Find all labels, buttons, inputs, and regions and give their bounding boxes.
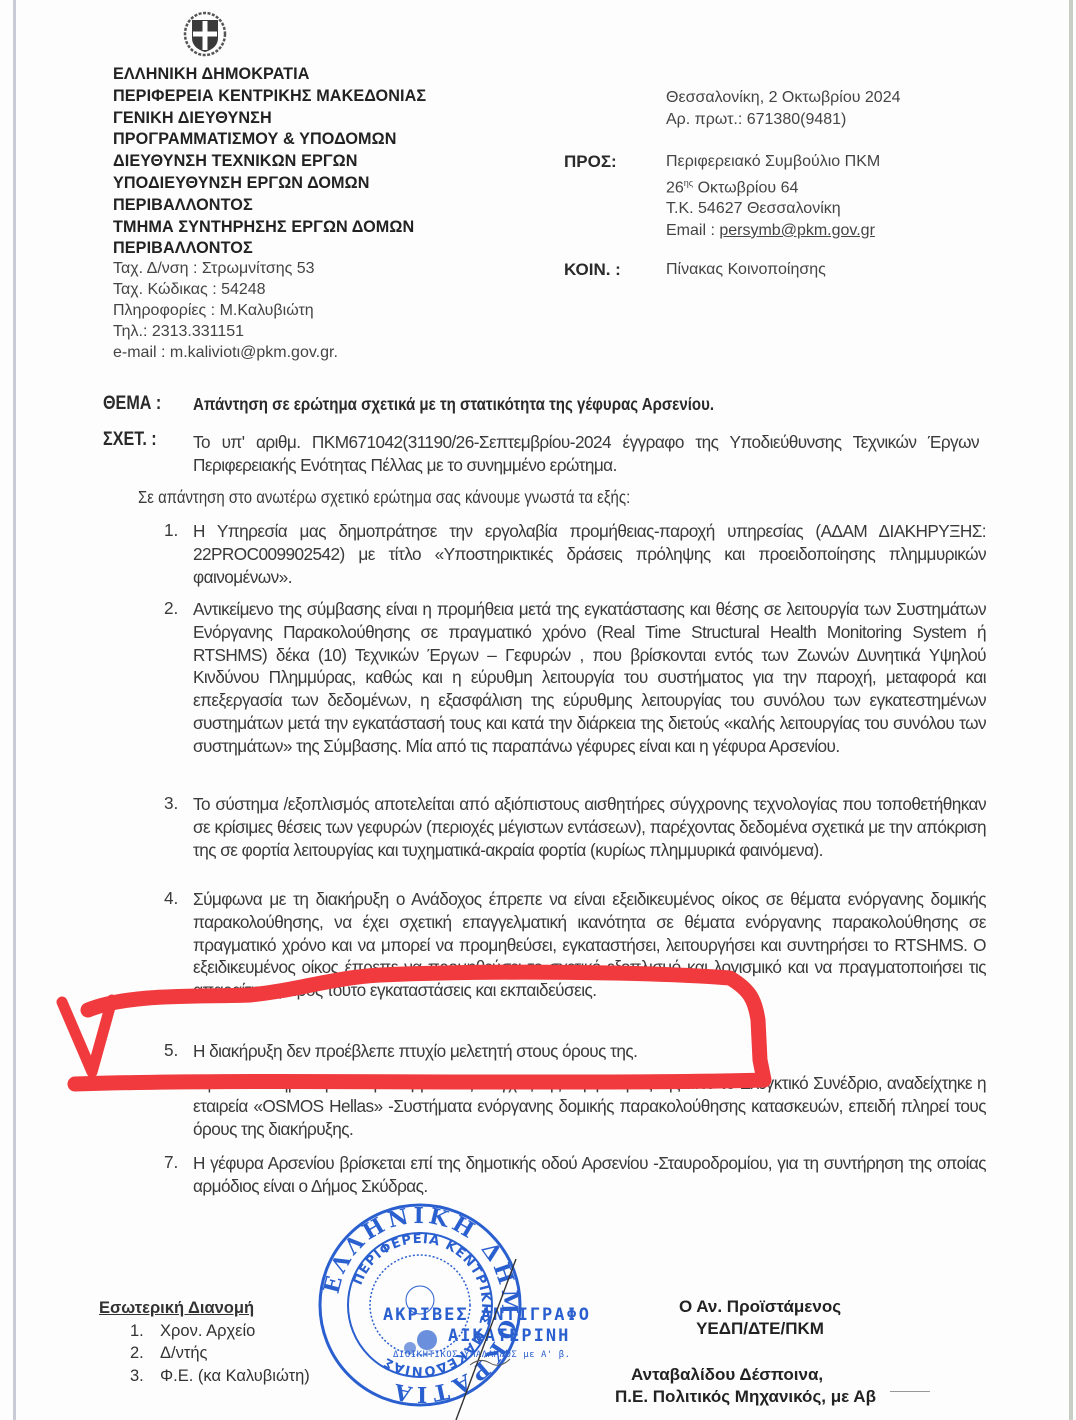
subject-text: Απάντηση σε ερώτημα σχετικά με τη στατικ… <box>193 394 714 415</box>
to-label: ΠΡΟΣ: <box>564 152 617 172</box>
item-number: 3. <box>164 793 178 814</box>
contact-email: e-mail : m.kaliviotι@pkm.gov.gr. <box>113 342 338 363</box>
recipient-street: 26ης Οκτωβρίου 64 <box>666 173 880 199</box>
list-item: Αφού ολοκληρώθηκε ο προσυμβατικός έλεγχο… <box>193 1072 986 1140</box>
cc-label: ΚΟΙΝ. : <box>564 260 621 280</box>
item-number: 6. <box>164 1072 178 1093</box>
issuer-line: ΠΕΡΙΒΑΛΛΟΝΤΟΣ <box>113 238 426 260</box>
internal-distribution: Εσωτερική Διανομή 1.Χρον. Αρχείο 2.Δ/ντή… <box>99 1297 310 1387</box>
signatory-block: Ο Αν. Προϊστάμενος ΥΕΔΠ/ΔΤΕ/ΠΚΜ <box>610 1296 910 1340</box>
contact-block: Ταχ. Δ/νση : Στρωμνίτσης 53 Ταχ. Κώδικας… <box>113 258 338 363</box>
list-item: Η γέφυρα Αρσενίου βρίσκεται επί της δημο… <box>193 1152 986 1198</box>
signatory-name: Ανταβαλίδου Δέσποινα, <box>615 1364 905 1386</box>
issuer-line: ΠΕΡΙΦΕΡΕΙΑ ΚΕΝΤΡΙΚΗΣ ΜΑΚΕΔΟΝΙΑΣ <box>113 86 426 108</box>
contact-phone: Τηλ.: 2313.331151 <box>113 321 338 342</box>
item-number: 4. <box>164 888 178 909</box>
issuer-block: ΕΛΛΗΝΙΚΗ ΔΗΜΟΚΡΑΤΙΑ ΠΕΡΙΦΕΡΕΙΑ ΚΕΝΤΡΙΚΗΣ… <box>113 64 426 260</box>
cc-value: Πίνακας Κοινοποίησης <box>666 261 826 279</box>
issuer-line: ΤΜΗΜΑ ΣΥΝΤΗΡΗΣΗΣ ΕΡΓΩΝ ΔΟΜΩΝ <box>113 217 426 239</box>
signature-stroke <box>450 1255 520 1420</box>
intro-text: Σε απάντηση στο ανωτέρω σχετικό ερώτημα … <box>138 486 630 509</box>
list-item: Το σύστημα /εξοπλισμός αποτελείται από α… <box>193 793 986 861</box>
signatory-role: Ο Αν. Προϊστάμενος <box>610 1296 910 1318</box>
issuer-line: ΕΛΛΗΝΙΚΗ ΔΗΜΟΚΡΑΤΙΑ <box>113 64 426 86</box>
issuer-line: ΥΠΟΔΙΕΥΘΥΝΣΗ ΕΡΓΩΝ ΔΟΜΩΝ <box>113 173 426 195</box>
contact-address: Ταχ. Δ/νση : Στρωμνίτσης 53 <box>113 258 338 279</box>
recipient-city: Τ.Κ. 54627 Θεσσαλονίκη <box>666 198 880 220</box>
item-number: 5. <box>164 1040 178 1061</box>
related-text: Το υπ' αριθμ. ΠΚΜ671042(31190/26-Σεπτεμβ… <box>193 431 979 477</box>
list-item: Σύμφωνα με τη διακήρυξη ο Ανάδοχος έπρεπ… <box>193 888 986 1002</box>
internal-distribution-title: Εσωτερική Διανομή <box>99 1297 310 1320</box>
subject-label: ΘΕΜΑ : <box>103 393 161 415</box>
issuer-line: ΓΕΝΙΚΗ ΔΙΕΥΘΥΝΣΗ <box>113 108 426 130</box>
signatory-title: Π.Ε. Πολιτικός Μηχανικός, με Αβ <box>615 1386 905 1408</box>
distribution-item: 2.Δ/ντής <box>99 1342 310 1365</box>
distribution-item: 1.Χρον. Αρχείο <box>99 1320 310 1343</box>
issuer-line: ΔΙΕΥΘΥΝΣΗ ΤΕΧΝΙΚΩΝ ΕΡΓΩΝ <box>113 151 426 173</box>
issuer-line: ΠΡΟΓΡΑΜΜΑΤΙΣΜΟΥ & ΥΠΟΔΟΜΩΝ <box>113 129 426 151</box>
place-date: Θεσσαλονίκη, 2 Οκτωβρίου 2024 <box>666 87 901 109</box>
date-protocol-block: Θεσσαλονίκη, 2 Οκτωβρίου 2024 Αρ. πρωτ.:… <box>666 87 901 130</box>
signatory-name-block: Ανταβαλίδου Δέσποινα, Π.Ε. Πολιτικός Μηχ… <box>615 1364 905 1408</box>
distribution-item: 3.Φ.Ε. (κα Καλυβιώτη) <box>99 1365 310 1388</box>
recipient-email-link[interactable]: persymb@pkm.gov.gr <box>719 222 875 239</box>
list-item-highlighted: Η διακήρυξη δεν προέβλεπε πτυχίο μελετητ… <box>193 1040 986 1063</box>
recipient-email-row: Email : persymb@pkm.gov.gr <box>666 220 880 242</box>
contact-postcode: Ταχ. Κώδικας : 54248 <box>113 279 338 300</box>
item-number: 2. <box>164 598 178 619</box>
item-number: 1. <box>164 520 178 541</box>
recipient-name: Περιφερειακό Συμβούλιο ΠΚΜ <box>666 151 880 173</box>
scan-edge-left <box>13 0 16 1420</box>
signatory-unit: ΥΕΔΠ/ΔΤΕ/ΠΚΜ <box>610 1318 910 1340</box>
greek-coat-of-arms-icon <box>182 10 228 58</box>
scan-edge-right <box>1069 0 1073 1420</box>
list-item: Αντικείμενο της σύμβασης είναι η προμήθε… <box>193 598 986 758</box>
item-number: 7. <box>164 1152 178 1173</box>
issuer-line: ΠΕΡΙΒΑΛΛΟΝΤΟΣ <box>113 195 426 217</box>
contact-info-person: Πληροφορίες : Μ.Καλυβιώτη <box>113 300 338 321</box>
list-item: Η Υπηρεσία μας δημοπράτησε την εργολαβία… <box>193 520 986 588</box>
recipient-block: Περιφερειακό Συμβούλιο ΠΚΜ 26ης Οκτωβρίο… <box>666 151 880 241</box>
signature-line <box>890 1391 930 1392</box>
protocol-number: Αρ. πρωτ.: 671380(9481) <box>666 109 901 131</box>
related-label: ΣΧΕΤ. : <box>103 429 157 451</box>
